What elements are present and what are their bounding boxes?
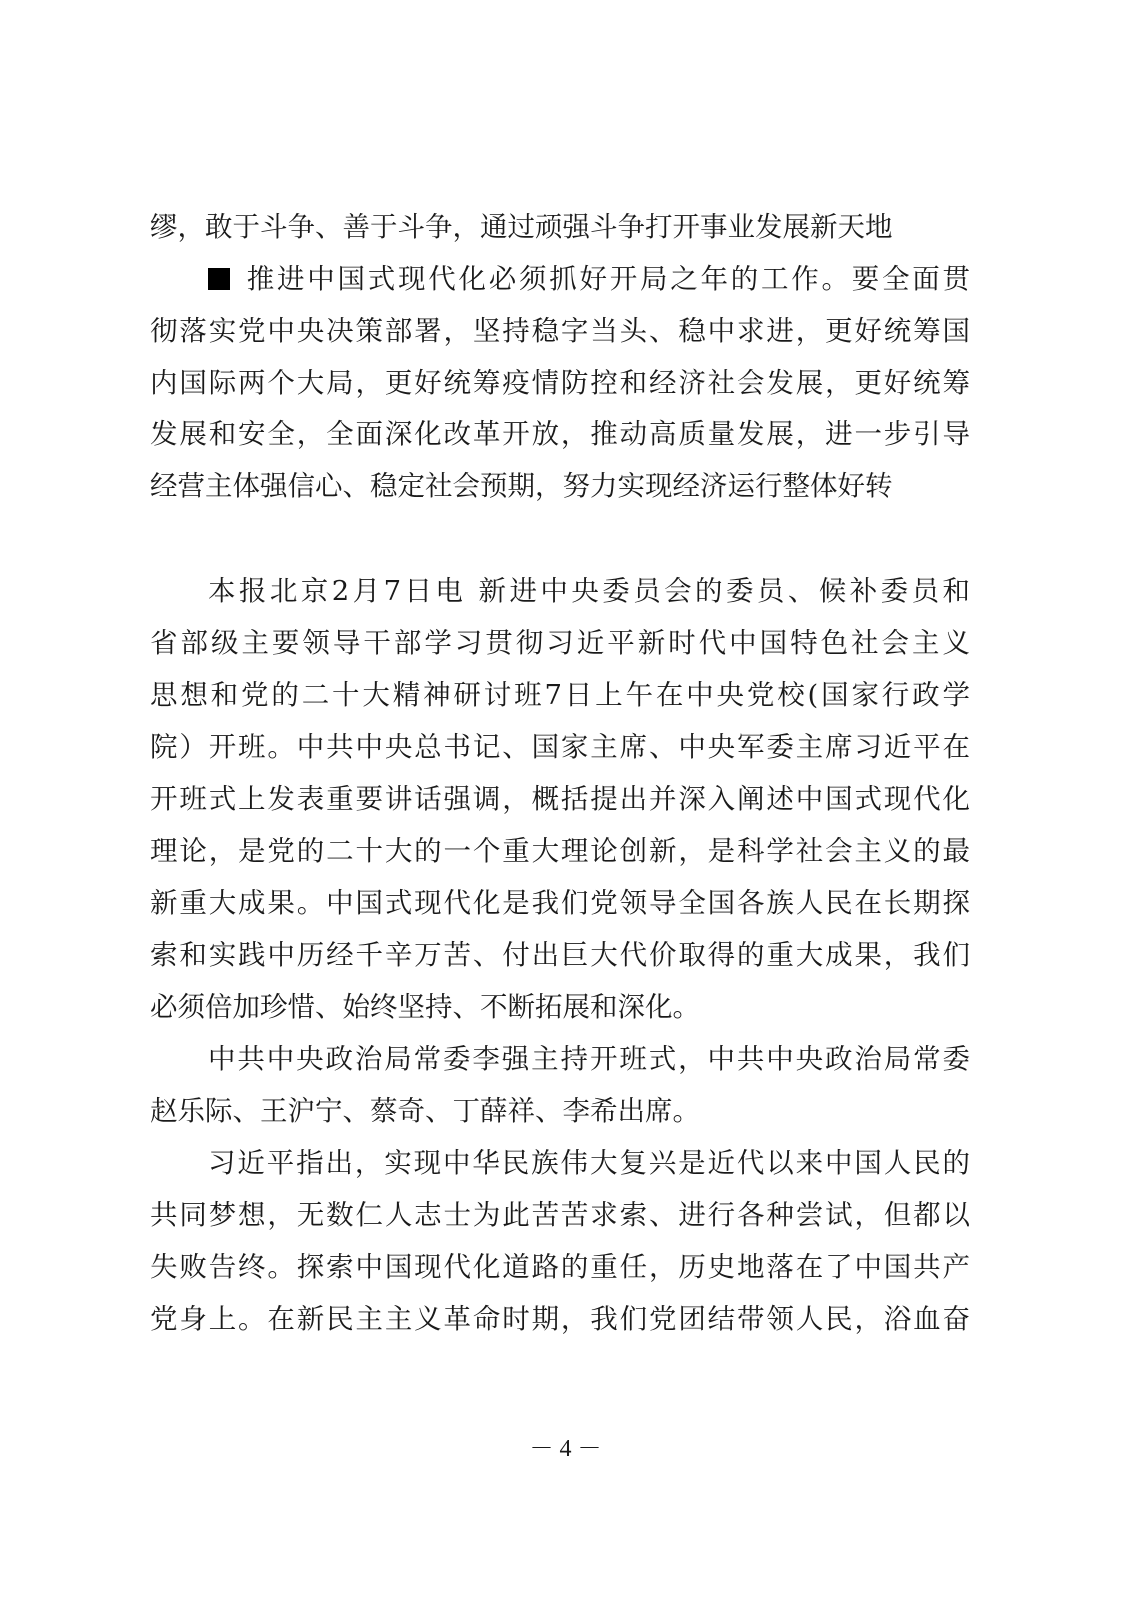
paragraph-line: 理论，是党的二十大的一个重大理论创新，是科学社会主义的最 [150, 831, 970, 871]
paragraph-line: 新重大成果。中国式现代化是我们党领导全国各族人民在长期探 [150, 883, 970, 923]
paragraph-line: 院）开班。中共中央总书记、国家主席、中央军委主席习近平在 [150, 727, 970, 767]
paragraph-line: 索和实践中历经千辛万苦、付出巨大代价取得的重大成果，我们 [150, 935, 970, 975]
summary-line: 发展和安全，全面深化改革开放，推动高质量发展，进一步引导 [150, 414, 970, 454]
paragraph-line: 思想和党的二十大精神研讨班7日上午在中央党校(国家行政学 [150, 675, 970, 715]
paragraph-line: 习近平指出，实现中华民族伟大复兴是近代以来中国人民的 [208, 1143, 970, 1183]
summary-line: 推进中国式现代化必须抓好开局之年的工作。要全面贯 [244, 263, 970, 295]
paragraph-line: 赵乐际、王沪宁、蔡奇、丁薛祥、李希出席。 [150, 1091, 970, 1131]
paragraph-line: 中共中央政治局常委李强主持开班式，中共中央政治局常委 [208, 1039, 970, 1079]
summary-bullet-line: 推进中国式现代化必须抓好开局之年的工作。要全面贯 [150, 259, 970, 299]
paragraph-line: 共同梦想，无数仁人志士为此苦苦求索、进行各种尝试，但都以 [150, 1195, 970, 1235]
summary-line: 彻落实党中央决策部署，坚持稳字当头、稳中求进，更好统筹国 [150, 311, 970, 351]
paragraph-line: 开班式上发表重要讲话强调，概括提出并深入阐述中国式现代化 [150, 779, 970, 819]
page-number: － 4 － [0, 1433, 1131, 1465]
summary-line: 内国际两个大局，更好统筹疫情防控和经济社会发展，更好统筹 [150, 363, 970, 403]
paragraph-line: 本报北京2月7日电 新进中央委员会的委员、候补委员和 [208, 571, 970, 611]
paragraph-line: 党身上。在新民主主义革命时期，我们党团结带领人民，浴血奋 [150, 1299, 970, 1339]
paragraph-line: 必须倍加珍惜、始终坚持、不断拓展和深化。 [150, 987, 970, 1027]
black-square-bullet-icon [208, 268, 230, 290]
summary-line: 经营主体强信心、稳定社会预期，努力实现经济运行整体好转 [150, 466, 970, 506]
summary-line: 缪，敢于斗争、善于斗争，通过顽强斗争打开事业发展新天地 [150, 207, 970, 247]
paragraph-line: 失败告终。探索中国现代化道路的重任，历史地落在了中国共产 [150, 1247, 970, 1287]
paragraph-line: 省部级主要领导干部学习贯彻习近平新时代中国特色社会主义 [150, 623, 970, 663]
document-page: 缪，敢于斗争、善于斗争，通过顽强斗争打开事业发展新天地 推进中国式现代化必须抓好… [0, 0, 1131, 1600]
